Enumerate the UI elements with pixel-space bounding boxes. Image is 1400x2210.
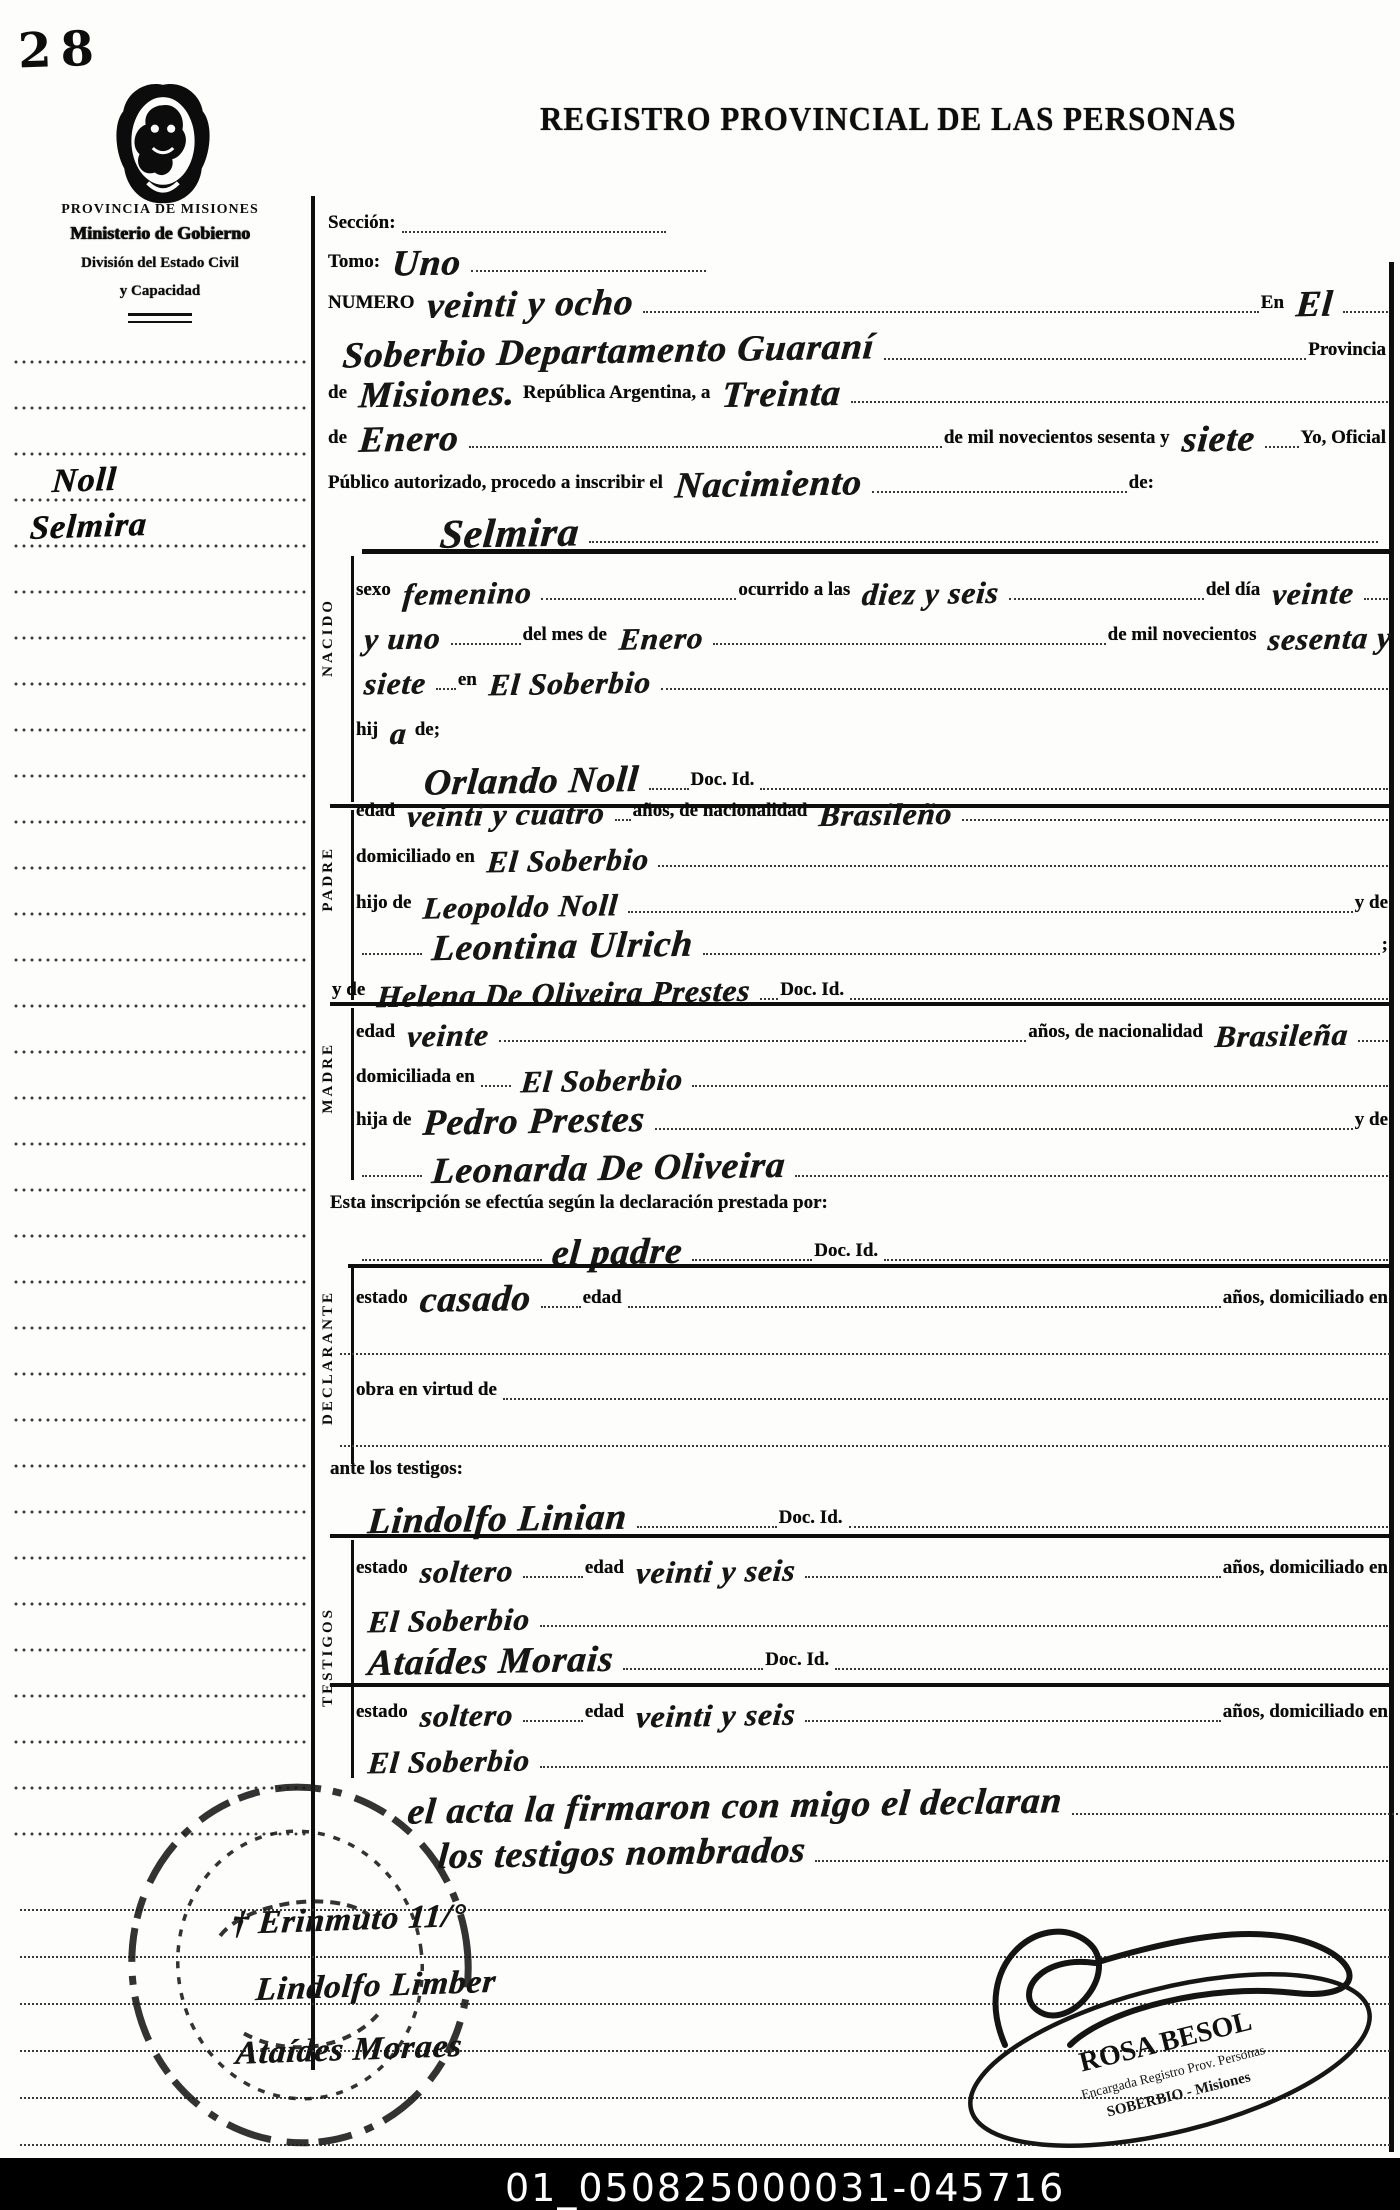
fecha-row: y uno del mes de Enero de mil noveciento… xyxy=(356,605,1400,647)
testigo2-nombre: Ataídes Morais xyxy=(358,1645,622,1679)
numero-row: NUMERO veinti y ocho En El xyxy=(328,273,1390,315)
anio-value2: siete xyxy=(355,672,435,698)
madre-hija-row: hija de Pedro Prestes y de xyxy=(356,1090,1392,1132)
day-value: Treinta xyxy=(713,379,851,411)
padre-yde-label: y de xyxy=(1355,892,1392,915)
ocurrido-label: ocurrido a las xyxy=(738,579,854,602)
anio-label: de mil novecientos xyxy=(1108,624,1261,647)
de2-label: de xyxy=(328,427,351,450)
testigo1-estado: soltero xyxy=(411,1559,522,1586)
madre-yde-label: y de xyxy=(332,979,369,1002)
bracket-declarante xyxy=(351,1268,354,1464)
declaracion-intro-label: Esta inscripción se efectúa según la dec… xyxy=(330,1192,828,1214)
declarante-estado-label: estado xyxy=(356,1287,412,1310)
section-label-declarante: DECLARANTE xyxy=(320,1290,337,1425)
republica-label: República Argentina, a xyxy=(523,382,714,405)
blank-dotted-line-1 xyxy=(340,1349,1390,1355)
bracket-madre xyxy=(351,1008,354,1180)
publico-label: Público autorizado, procedo a inscribir … xyxy=(328,472,667,495)
letterhead-province: PROVINCIA DE MISIONES xyxy=(10,202,310,218)
section-rule-nacido xyxy=(362,549,1392,554)
month-value: Enero xyxy=(350,424,468,456)
obra-label: obra en virtud de xyxy=(356,1379,501,1402)
ante-testigos-label: ante los testigos: xyxy=(330,1458,463,1480)
madre-domicilio-label: domiciliada en xyxy=(356,1066,479,1089)
hij-value: a xyxy=(381,722,416,747)
testigo1-domicilio-row: El Soberbio xyxy=(360,1587,1390,1629)
declarante-anios-label: años, domiciliado en xyxy=(1223,1287,1392,1310)
testigo2-estado-label: estado xyxy=(356,1701,412,1724)
padre-nacionalidad-label: años, de nacionalidad xyxy=(633,800,812,823)
acta-row: Público autorizado, procedo a inscribir … xyxy=(328,453,1158,495)
numero-value: veinti y ocho xyxy=(417,288,642,321)
lugar-value: El Soberbio xyxy=(480,671,660,699)
docid-label-4: Doc. Id. xyxy=(779,1507,847,1530)
sexo-label: sexo xyxy=(356,579,395,602)
madre-edad-value: veinte xyxy=(398,1023,498,1049)
scanned-birth-certificate: 28 PROVINCIA DE MISIONES Ministerio de G… xyxy=(0,0,1400,2210)
scan-reference-number: 01_050825000031-045716 xyxy=(505,2166,1065,2210)
madre-nacionalidad-label: años, de nacionalidad xyxy=(1028,1021,1207,1044)
mes-value: Enero xyxy=(610,626,713,653)
en-label2: en xyxy=(458,669,481,692)
hij-label: hij xyxy=(356,719,382,742)
padre-domicilio-row: domiciliado en El Soberbio xyxy=(356,827,1390,869)
testigo1-edad: veinti y seis xyxy=(627,1559,805,1587)
letterhead-underline xyxy=(128,313,192,323)
letterhead-ministry: Ministerio de Gobierno xyxy=(10,223,310,244)
madre-hija-label: hija de xyxy=(356,1109,415,1132)
madre-nombre-row: y de Helena De Oliveira Prestes Doc. Id. xyxy=(332,960,1390,1002)
dia-label: del día xyxy=(1206,579,1264,602)
provincial-crest-icon xyxy=(112,82,214,206)
section-label-madre: MADRE xyxy=(320,1042,337,1114)
padre-abuela-row: Leontina Ulrich ; xyxy=(360,915,1392,957)
yo-oficial-label: Yo, Oficial xyxy=(1301,427,1391,450)
declarante-row: el padre Doc. Id. xyxy=(360,1221,1390,1263)
testigo1-estado-row: estado soltero edad veinti y seis años, … xyxy=(356,1538,1392,1580)
lugar-row: siete en El Soberbio xyxy=(356,650,1390,692)
scan-footer-bar: 01_050825000031-045716 xyxy=(0,2158,1400,2210)
dia-value2: y uno xyxy=(355,626,450,652)
en-value: El xyxy=(1287,290,1343,321)
testigo1-nombre: Lindolfo Linian xyxy=(358,1503,636,1537)
section-label-padre: PADRE xyxy=(320,846,337,912)
section-label-nacido: NACIDO xyxy=(320,598,337,677)
padre-edad-value: veinti y cuatro xyxy=(398,801,614,830)
margin-surname: Noll xyxy=(51,461,118,501)
tomo-row: Tomo: Uno xyxy=(328,232,708,274)
bracket-testigos xyxy=(351,1540,354,1778)
margin-ruled-lines xyxy=(14,359,306,1871)
padre-semicolon: ; xyxy=(1382,934,1392,957)
testigo1-anios-label: años, domiciliado en xyxy=(1223,1557,1392,1580)
padre-nacionalidad-value: Brasileño xyxy=(810,802,961,829)
page-title: REGISTRO PROVINCIAL DE LAS PERSONAS xyxy=(540,99,1236,139)
month-row: de Enero de mil novecientos sesenta y si… xyxy=(328,408,1390,450)
docid-label-2: Doc. Id. xyxy=(780,979,848,1002)
place-row: Soberbio Departamento Guaraní Provincia xyxy=(335,320,1390,362)
testigo2-domicilio-row: El Soberbio xyxy=(360,1728,1390,1770)
docid-label-3: Doc. Id. xyxy=(814,1240,882,1263)
hij-row: hij a de; xyxy=(356,700,576,742)
declarante-estado-row: estado casado edad años, domiciliado en xyxy=(356,1268,1392,1310)
seccion-row: Sección: xyxy=(328,193,668,235)
year-label: de mil novecientos sesenta y xyxy=(944,427,1174,450)
madre-domicilio-row: domiciliada en El Soberbio xyxy=(356,1047,1390,1089)
testigo2-anios-label: años, domiciliado en xyxy=(1223,1701,1392,1724)
mes-label: del mes de xyxy=(523,624,611,647)
testigo2-edad-label: edad xyxy=(585,1701,628,1724)
dia-value: veinte xyxy=(1263,581,1363,607)
provincia-label: Provincia xyxy=(1308,339,1390,362)
declarante-edad-label: edad xyxy=(583,1287,626,1310)
tomo-label: Tomo: xyxy=(328,251,384,274)
docid-label-5: Doc. Id. xyxy=(765,1649,833,1672)
testigo2-estado-row: estado soltero edad veinti y seis años, … xyxy=(356,1682,1392,1724)
en-label: En xyxy=(1261,292,1288,315)
acta-value: Nacimiento xyxy=(666,469,872,502)
padre-hijo-row: hijo de Leopoldo Noll y de xyxy=(356,873,1392,915)
hij-de-label: de; xyxy=(415,719,444,742)
padre-edad-row: edad veinti y cuatro años, de nacionalid… xyxy=(356,781,1390,823)
testigo2-domicilio: El Soberbio xyxy=(359,1749,539,1777)
section-label-testigos: TESTIGOS xyxy=(320,1607,337,1707)
letterhead-division: División del Estado Civil xyxy=(10,255,310,272)
sexo-row: sexo femenino ocurrido a las diez y seis… xyxy=(356,560,1390,602)
closing-line1-row: el acta la firmaron con migo el declaran xyxy=(400,1775,1400,1817)
province-row: de Misiones. República Argentina, a Trei… xyxy=(328,363,1390,405)
de-label: de xyxy=(328,382,351,405)
madre-edad-label: edad xyxy=(356,1021,399,1044)
closing-line2-row: los testigos nombrados xyxy=(430,1822,1390,1864)
padre-hijo-label: hijo de xyxy=(356,892,415,915)
scan-edge-line xyxy=(1389,262,1394,2152)
madre-edad-row: edad veinte años, de nacionalidad Brasil… xyxy=(356,1002,1390,1044)
madre-abuelo-value: Pedro Prestes xyxy=(414,1105,655,1139)
testigo2-nombre-row: Ataídes Morais Doc. Id. xyxy=(360,1630,1390,1672)
testigo1-estado-label: estado xyxy=(356,1557,412,1580)
numero-label: NUMERO xyxy=(328,292,419,315)
name-row: Selmira xyxy=(400,503,1380,545)
madre-abuela-value: Leonarda De Oliveira xyxy=(422,1151,794,1187)
testigo1-nombre-row: Lindolfo Linian Doc. Id. xyxy=(360,1488,1390,1530)
bracket-nacido xyxy=(351,556,354,802)
padre-edad-label: edad xyxy=(356,800,399,823)
testigo1-edad-label: edad xyxy=(585,1557,628,1580)
de3-label: de: xyxy=(1129,472,1158,495)
testigo2-edad: veinti y seis xyxy=(627,1703,805,1731)
madre-yde2-label: y de xyxy=(1355,1109,1392,1132)
registrar-signature-and-stamp: ROSA BESOL Encargada Registro Prov. Pers… xyxy=(945,1885,1400,2155)
testigo2-estado: soltero xyxy=(411,1703,522,1730)
margin-given-name: Selmira xyxy=(28,506,148,548)
blank-dotted-line-2 xyxy=(340,1441,1390,1447)
letterhead-division2: y Capacidad xyxy=(10,283,310,300)
province-value: Misiones. xyxy=(350,379,525,412)
year-value: siete xyxy=(1172,425,1264,456)
padre-domicilio-label: domiciliado en xyxy=(356,846,479,869)
obra-row: obra en virtud de xyxy=(356,1360,1390,1402)
madre-abuela-row: Leonarda De Oliveira xyxy=(360,1137,1390,1179)
inscribed-name: Selmira xyxy=(398,516,588,552)
declarante-estado-value: casado xyxy=(410,1284,540,1316)
round-office-stamp xyxy=(105,1775,495,2155)
padre-domicilio-value: El Soberbio xyxy=(478,848,658,876)
page-number: 28 xyxy=(17,21,104,80)
